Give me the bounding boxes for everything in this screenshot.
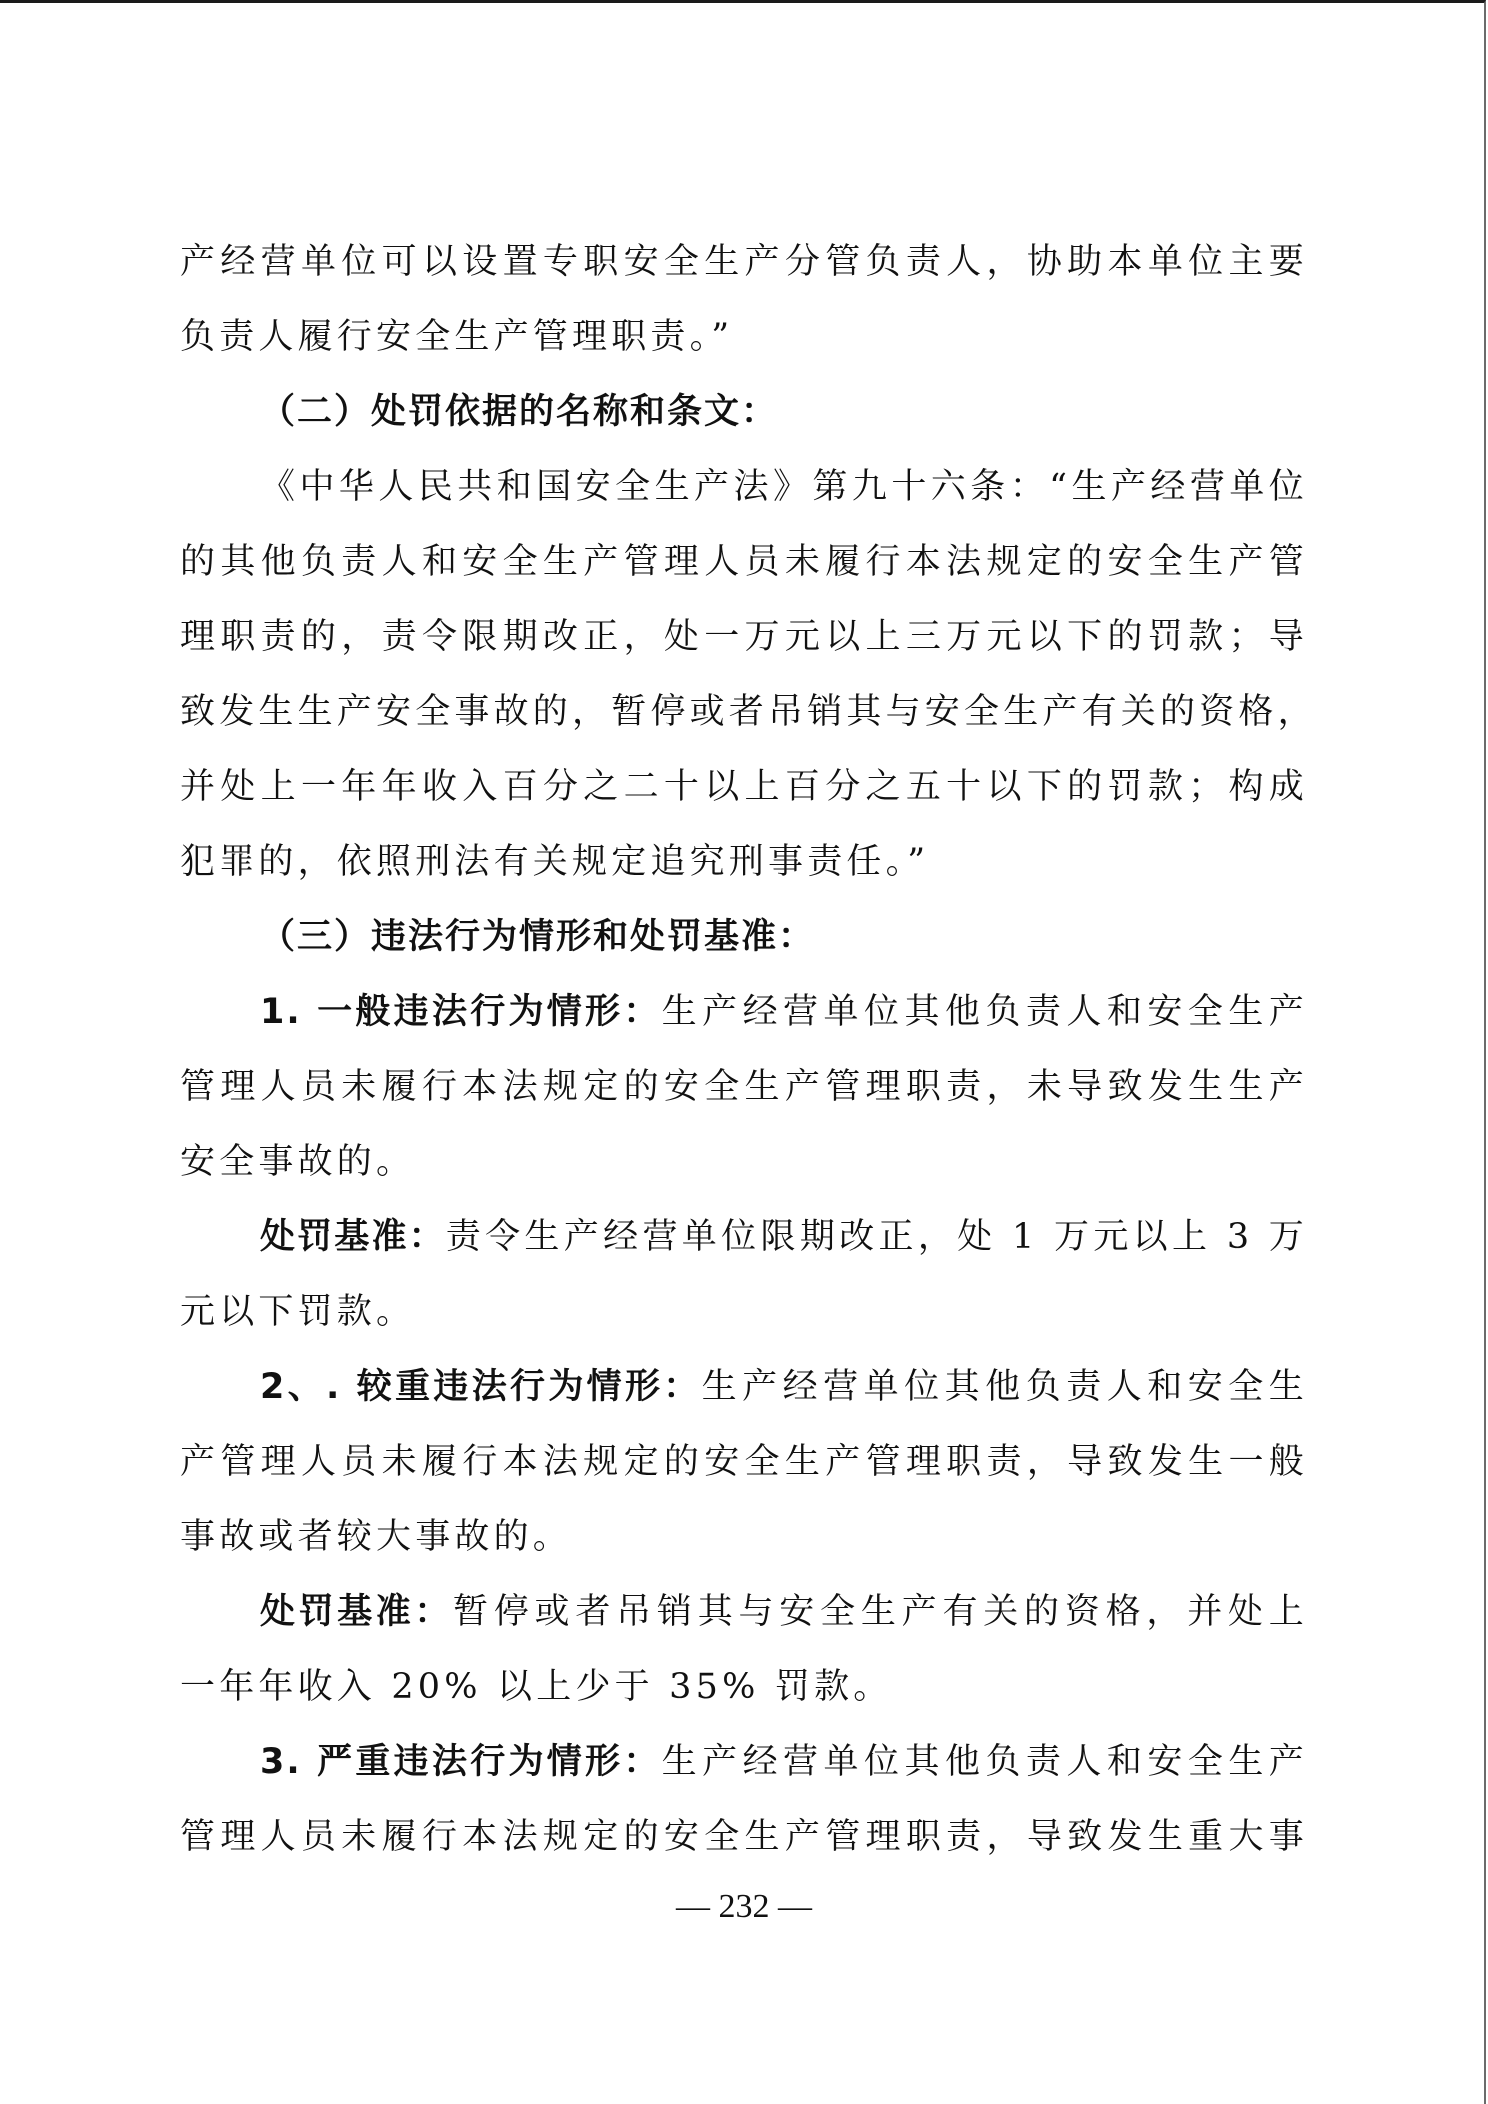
paragraph-line: 并处上一年年收入百分之二十以上百分之五十以下的罚款；构成	[180, 750, 1308, 825]
item-text: 生产经营单位其他负责人和安全生产	[662, 1742, 1308, 1782]
page-number: — 232 —	[0, 1888, 1488, 1926]
paragraph-line: 负责人履行安全生产管理职责。”	[180, 300, 1308, 375]
item-label-severe: 3. 严重违法行为情形：	[260, 1742, 662, 1782]
document-body: 产经营单位可以设置专职安全生产分管负责人，协助本单位主要 负责人履行安全生产管理…	[180, 225, 1308, 1875]
paragraph-line: 处罚基准：暂停或者吊销其与安全生产有关的资格，并处上	[180, 1575, 1308, 1650]
document-page: 产经营单位可以设置专职安全生产分管负责人，协助本单位主要 负责人履行安全生产管理…	[0, 0, 1486, 2104]
paragraph-line: 事故或者较大事故的。	[180, 1500, 1308, 1575]
item-text: 生产经营单位其他负责人和安全生产	[662, 992, 1308, 1032]
item-text: 生产经营单位其他负责人和安全生	[702, 1367, 1308, 1407]
heading-text: （三）违法行为情形和处罚基准：	[260, 917, 815, 957]
section-heading-2: （二）处罚依据的名称和条文：	[180, 375, 1308, 450]
section-heading-3: （三）违法行为情形和处罚基准：	[180, 900, 1308, 975]
paragraph-line: 《中华人民共和国安全生产法》第九十六条：“生产经营单位	[180, 450, 1308, 525]
paragraph-line: 元以下罚款。	[180, 1275, 1308, 1350]
paragraph-line: 3. 严重违法行为情形：生产经营单位其他负责人和安全生产	[180, 1725, 1308, 1800]
item-label-general: 1. 一般违法行为情形：	[260, 992, 662, 1032]
paragraph-line: 理职责的，责令限期改正，处一万元以上三万元以下的罚款；导	[180, 600, 1308, 675]
item-label-serious: 2、. 较重违法行为情形：	[260, 1367, 702, 1407]
paragraph-line: 一年年收入 20% 以上少于 35% 罚款。	[180, 1650, 1308, 1725]
penalty-standard-label: 处罚基准：	[260, 1592, 453, 1632]
heading-text: （二）处罚依据的名称和条文：	[260, 392, 778, 432]
paragraph-line: 2、. 较重违法行为情形：生产经营单位其他负责人和安全生	[180, 1350, 1308, 1425]
paragraph-line: 产管理人员未履行本法规定的安全生产管理职责，导致发生一般	[180, 1425, 1308, 1500]
paragraph-line: 产经营单位可以设置专职安全生产分管负责人，协助本单位主要	[180, 225, 1308, 300]
item-text: 责令生产经营单位限期改正，处 1 万元以上 3 万	[446, 1217, 1308, 1257]
item-text: 暂停或者吊销其与安全生产有关的资格，并处上	[453, 1592, 1308, 1632]
paragraph-line: 1. 一般违法行为情形：生产经营单位其他负责人和安全生产	[180, 975, 1308, 1050]
paragraph-line: 致发生生产安全事故的，暂停或者吊销其与安全生产有关的资格，	[180, 675, 1308, 750]
penalty-standard-label: 处罚基准：	[260, 1217, 446, 1257]
paragraph-line: 处罚基准：责令生产经营单位限期改正，处 1 万元以上 3 万	[180, 1200, 1308, 1275]
paragraph-line: 管理人员未履行本法规定的安全生产管理职责，导致发生重大事	[180, 1800, 1308, 1875]
paragraph-line: 犯罪的，依照刑法有关规定追究刑事责任。”	[180, 825, 1308, 900]
paragraph-line: 的其他负责人和安全生产管理人员未履行本法规定的安全生产管	[180, 525, 1308, 600]
paragraph-line: 管理人员未履行本法规定的安全生产管理职责，未导致发生生产	[180, 1050, 1308, 1125]
paragraph-line: 安全事故的。	[180, 1125, 1308, 1200]
